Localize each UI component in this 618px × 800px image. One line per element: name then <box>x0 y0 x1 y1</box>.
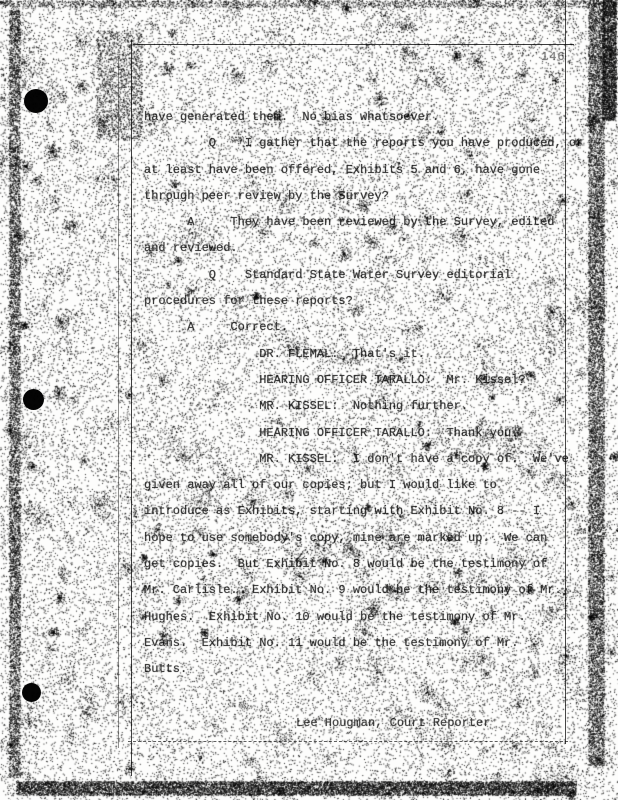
transcript-line: Q I gather that the reports you have pro… <box>144 130 604 156</box>
transcript-line: MR. KISSEL: I don't have a copy of. We'v… <box>144 446 604 472</box>
transcript-line: have generated them. No bias whatsoever. <box>144 104 604 130</box>
signature-rule-line <box>128 741 568 742</box>
transcript-line: hope to use somebody's copy, mine are ma… <box>144 525 604 551</box>
transcript-line: introduce as Exhibits, starting with Exh… <box>144 498 604 524</box>
transcript-line: procedures for these reports? <box>144 288 604 314</box>
hole-punch-bottom <box>22 683 41 702</box>
transcript-line: get copies. But Exhibit No. 8 would be t… <box>144 551 604 577</box>
transcript-line: Evans. Exhibit No. 11 would be the testi… <box>144 630 604 656</box>
hole-punch-top <box>24 89 48 113</box>
transcript-line: A They have been reviewed by the Survey,… <box>144 209 604 235</box>
transcript-line: Hughes. Exhibit No. 10 would be the test… <box>144 604 604 630</box>
transcript-line: HEARING OFFICER TARALLO: Mr. Kissel? <box>144 367 604 393</box>
transcript-line: MR. KISSEL: Nothing further. <box>144 393 604 419</box>
left-margin-line-outer <box>118 58 119 748</box>
court-reporter-signature: Lee Hougman, Court Reporter <box>296 716 490 730</box>
transcript-line: HEARING OFFICER TARALLO: Thank you. <box>144 420 604 446</box>
transcript-line: A Correct. <box>144 314 604 340</box>
transcript-line: DR. FLEMAL: That's it. <box>144 341 604 367</box>
transcript-line: at least have been offered, Exhibits 5 a… <box>144 157 604 183</box>
hole-punch-middle <box>23 389 44 410</box>
transcript-line: and reviewed. <box>144 235 604 261</box>
top-rule-line <box>133 44 574 45</box>
transcript-line: through peer review by the Survey? <box>144 183 604 209</box>
page-number: 146 <box>541 50 566 64</box>
transcript-body: have generated them. No bias whatsoever.… <box>144 104 604 683</box>
scanned-transcript-page: 146 have generated them. No bias whatsoe… <box>0 0 618 800</box>
transcript-line: Mr. Carlisle. Exhibit No. 9 would be the… <box>144 577 604 603</box>
transcript-line: given away all of our copies; but I woul… <box>144 472 604 498</box>
transcript-line: Q Standard State Water Survey editorial <box>144 262 604 288</box>
left-margin-line-inner <box>131 40 132 776</box>
transcript-line: Butts. <box>144 656 604 682</box>
